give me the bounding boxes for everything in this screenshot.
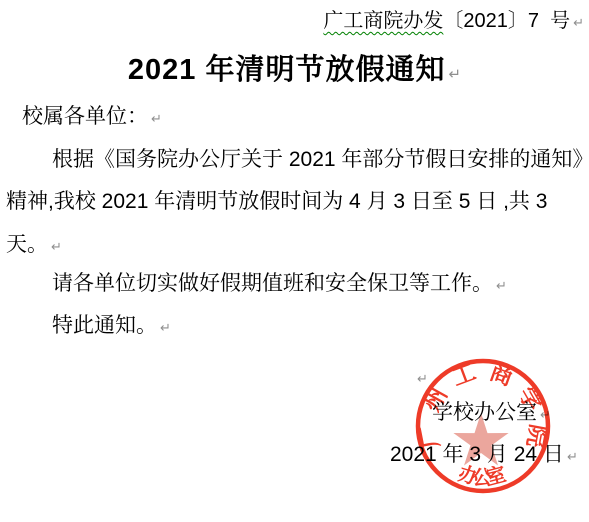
doc-number-rest[interactable]: 〔2021〕7 号 [443, 10, 570, 32]
paragraph-mark-icon: ↵ [567, 450, 578, 465]
body-line-3[interactable]: 天。↵ [6, 232, 62, 261]
body-line-4[interactable]: 请各单位切实做好假期值班和安全保卫等工作。↵ [52, 271, 507, 300]
body-line-1-text[interactable]: 根据《国务院办公厅关于 2021 年部分节假日安排的通知》 [52, 148, 589, 171]
body-line-5[interactable]: 特此通知。↵ [52, 313, 171, 342]
paragraph-mark-icon: ↵ [151, 112, 162, 127]
paragraph-mark-icon: ↵ [449, 65, 462, 83]
signature-date-text[interactable]: 2021 年 3 月 24 日 [390, 443, 564, 466]
salutation-text[interactable]: 校属各单位： [22, 105, 148, 128]
signature-name[interactable]: 学校办公室↵ [432, 400, 551, 429]
body-line-4-text[interactable]: 请各单位切实做好假期值班和安全保卫等工作。 [52, 272, 493, 295]
body-line-3-text[interactable]: 天。 [6, 233, 48, 256]
paragraph-mark-icon: ↵ [417, 372, 428, 387]
paragraph-mark-icon: ↵ [540, 408, 551, 423]
doc-number-issuer[interactable]: 广工商院办发 [323, 10, 443, 32]
body-line-2[interactable]: 精神,我校 2021 年清明节放假时间为 4 月 3 日至 5 日 ,共 3 [6, 189, 547, 215]
paragraph-mark-icon: ↵ [573, 16, 584, 31]
body-line-2-text[interactable]: 精神,我校 2021 年清明节放假时间为 4 月 3 日至 5 日 ,共 3 [6, 190, 547, 213]
salutation-line[interactable]: 校属各单位：↵ [22, 104, 162, 133]
signature-name-text[interactable]: 学校办公室 [432, 401, 537, 424]
paragraph-mark-icon: ↵ [496, 279, 507, 294]
page-title[interactable]: 2021 年清明节放假通知↵ [0, 47, 589, 88]
body-line-5-text[interactable]: 特此通知。 [52, 314, 157, 337]
body-line-1[interactable]: 根据《国务院办公厅关于 2021 年部分节假日安排的通知》 [52, 147, 589, 173]
signature-date[interactable]: 2021 年 3 月 24 日↵ [390, 442, 578, 471]
doc-number[interactable]: 广工商院办发〔2021〕7 号↵ [323, 4, 584, 33]
paragraph-mark-icon: ↵ [51, 240, 62, 255]
page-title-text[interactable]: 2021 年清明节放假通知 [128, 54, 446, 86]
document-page: 广工商院办发〔2021〕7 号↵ 2021 年清明节放假通知↵ 校属各单位：↵ … [0, 0, 589, 522]
empty-paragraph[interactable]: ↵ [414, 364, 428, 393]
paragraph-mark-icon: ↵ [160, 321, 171, 336]
